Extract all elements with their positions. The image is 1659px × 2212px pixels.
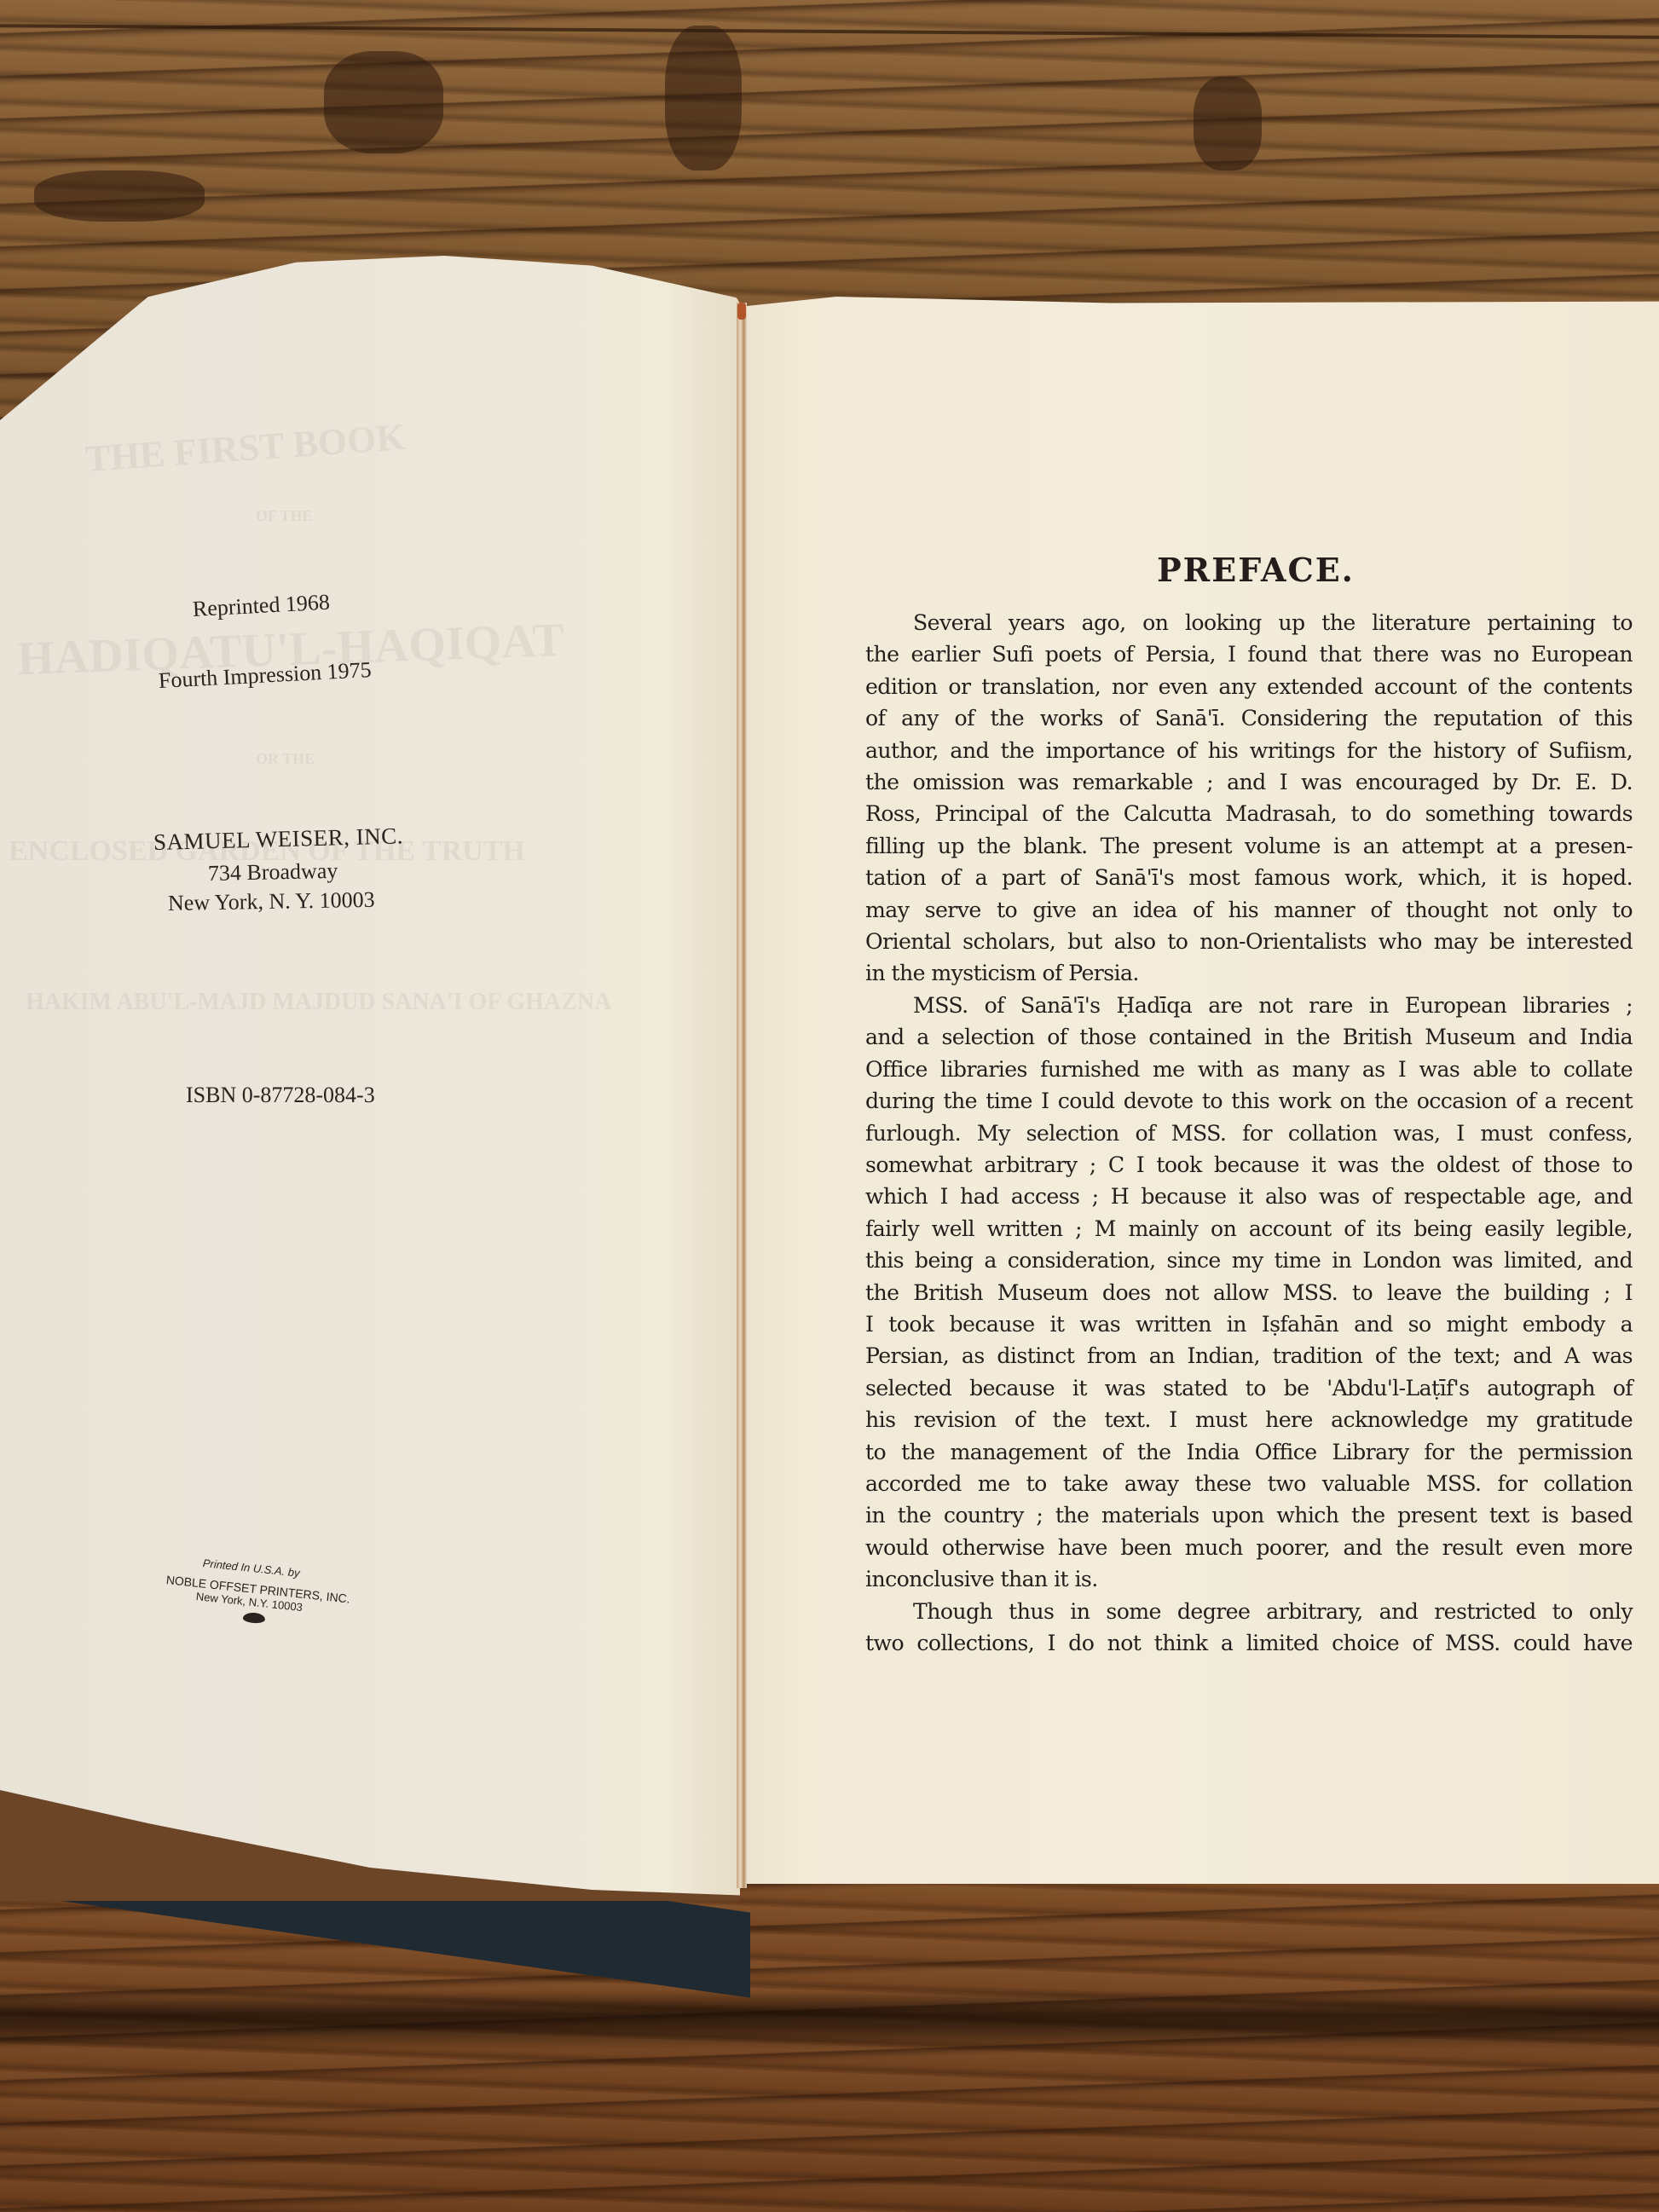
preface-line: author, and the importance of his writin… [865, 735, 1633, 766]
preface-line: somewhat arbitrary ; C I took because it… [865, 1149, 1633, 1181]
preface-line: I took because it was written in Iṣfahān… [865, 1308, 1633, 1340]
show-through-text: OF THE [256, 507, 313, 525]
preface-line: Office libraries furnished me with as ma… [865, 1054, 1633, 1085]
preface-body: Several years ago, on looking up the lit… [865, 607, 1633, 1659]
preface-line: during the time I could devote to this w… [865, 1085, 1633, 1117]
wood-stain [1194, 77, 1262, 170]
preface-line: the earlier Sufi poets of Persia, I foun… [865, 638, 1633, 670]
preface-line: furlough. My selection of MSS. for colla… [865, 1118, 1633, 1149]
show-through-text: OR THE [256, 750, 315, 768]
preface-line: and a selection of those contained in th… [865, 1021, 1633, 1053]
preface-line: Ross, Principal of the Calcutta Madrasah… [865, 798, 1633, 829]
book-gutter [737, 303, 747, 1888]
wood-stain [34, 170, 205, 222]
wood-stain [324, 51, 443, 153]
wood-dark-band [0, 1990, 1659, 2050]
preface-line: Persian, as distinct from an Indian, tra… [865, 1340, 1633, 1372]
preface-line: of any of the works of Sanā'ī. Consideri… [865, 702, 1633, 734]
preface-line: Oriental scholars, but also to non-Orien… [865, 926, 1633, 957]
preface-line: Though thus in some degree arbitrary, an… [865, 1596, 1633, 1627]
preface-line: edition or translation, nor even any ext… [865, 671, 1633, 702]
preface-line: the omission was remarkable ; and I was … [865, 766, 1633, 798]
preface-line: this being a consideration, since my tim… [865, 1245, 1633, 1276]
preface-line: tation of a part of Sanā'ī's most famous… [865, 862, 1633, 893]
preface-line: may serve to give an idea of his manner … [865, 894, 1633, 926]
headband [737, 303, 746, 320]
preface-line: to the management of the India Office Li… [865, 1436, 1633, 1468]
preface-line: two collections, I do not think a limite… [865, 1627, 1633, 1659]
isbn: ISBN 0-87728-084-3 [186, 1083, 375, 1108]
preface-line: fairly well written ; M mainly on accoun… [865, 1213, 1633, 1245]
preface-line: which I had access ; H because it also w… [865, 1181, 1633, 1212]
preface-line: the British Museum does not allow MSS. t… [865, 1277, 1633, 1308]
wood-stain [665, 26, 742, 170]
show-through-text: THE FIRST BOOK [84, 415, 407, 481]
preface-line: filling up the blank. The present volume… [865, 830, 1633, 862]
preface-line: MSS. of Sanā'ī's Ḥadīqa are not rare in … [865, 990, 1633, 1021]
preface-line: inconclusive than it is. [865, 1563, 1633, 1595]
publisher-address: 734 Broadway [208, 858, 338, 887]
left-page: THE FIRST BOOK OF THE HADIQATU'L-HAQIQAT… [0, 256, 740, 1901]
publisher-city: New York, N. Y. 10003 [168, 887, 375, 916]
page-title: PREFACE. [853, 551, 1659, 589]
preface-line: in the mysticism of Persia. [865, 957, 1633, 989]
preface-line: Several years ago, on looking up the lit… [865, 607, 1633, 638]
preface-line: selected because it was stated to be 'Ab… [865, 1372, 1633, 1404]
preface-line: his revision of the text. I must here ac… [865, 1404, 1633, 1435]
show-through-text: HAKIM ABU'L-MAJD MAJDUD SANA'I OF GHAZNA [26, 989, 611, 1016]
preface-line: in the country ; the materials upon whic… [865, 1499, 1633, 1531]
preface-line: would otherwise have been much poorer, a… [865, 1532, 1633, 1563]
preface-line: accorded me to take away these two valua… [865, 1468, 1633, 1499]
